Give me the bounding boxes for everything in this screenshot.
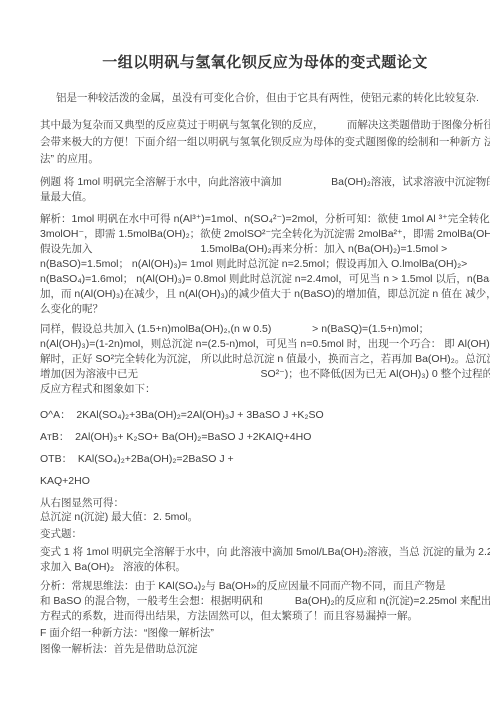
document-line: O^A： 2KAl(SO₄)₂+3Ba(OH)₂=2Al(OH)₃J + 3Ba… bbox=[40, 408, 490, 422]
block-variant: 变式 1 将 1mol 明矾完全溶解于水中，向 此溶液中滴加 5mol/LBa(… bbox=[40, 545, 490, 575]
document-line: 会带来极大的方便！下面介绍一组以明矾与氢氧化钡反应为母体的变式题图像的绘制和一种… bbox=[40, 134, 490, 151]
block-title: 一组以明矾与氢氧化钡反应为母体的变式题论文 bbox=[40, 54, 490, 72]
block-same: 同样，假设总共加入 (1.5+n)molBa(OH)₂,(n w 0.5) > … bbox=[40, 322, 490, 397]
block-variant-head: 变式题： bbox=[40, 527, 490, 542]
block-intro: 铝是一种较活泼的金属，虽没有可变化合价，但由于它具有两性，使铝元素的转化比较复杂… bbox=[40, 91, 490, 106]
document-line: n(BaSO₄)=1.6mol； n(Al(OH)₃)= 0.8mol 则此时总… bbox=[40, 272, 490, 287]
document-line: n(Al(OH)₃)=(1-2n)mol，则总沉淀 n=(2.5-n)mol，可… bbox=[40, 337, 490, 352]
document-line: 方程式的系数，进而得出结果，方法固然可以，但太繁琐了！而且容易漏掉一解。 bbox=[40, 609, 490, 624]
document-line: 和 BaSO 的混合物，一般考生会想：根据明矾和 Ba(OH)₂的反应和 n(沉… bbox=[40, 594, 490, 609]
document-line: 解时，正好 SO²完全转化为沉淀， 所以此时总沉淀 n 值最小，换而言之，若再加… bbox=[40, 352, 490, 367]
document-line: 求加入 Ba(OH)₂ 溶液的体积。 bbox=[40, 560, 490, 575]
document-line: 变式 1 将 1mol 明矾完全溶解于水中，向 此溶液中滴加 5mol/LBa(… bbox=[40, 545, 490, 560]
document-line: 变式题： bbox=[40, 527, 490, 542]
document-line: n(BaSO)=1.5mol； n(Al(OH)₃)= 1mol 则此时总沉淀 … bbox=[40, 257, 490, 272]
block-equations: O^A： 2KAl(SO₄)₂+3Ba(OH)₂=2Al(OH)₃J + 3Ba… bbox=[40, 408, 490, 488]
document-line: F 面介绍一种新方法：“图像一解析法” bbox=[40, 626, 490, 641]
document-page: 一组以明矾与氢氧化钡反应为母体的变式题论文铝是一种较活泼的金属，虽没有可变化合价… bbox=[0, 0, 500, 707]
document-line: 其中最为复杂而又典型的反应莫过于明矾与氢氧化钡的反应， 而解决这类题借助于图像分… bbox=[40, 117, 490, 134]
document-line: KAQ+2HO bbox=[40, 474, 490, 488]
document-line: 解析：1mol 明矾在水中可得 n(Al³⁺)=1mol、n(SO₄²⁻)=2m… bbox=[40, 212, 490, 227]
document-line: 法” 的应用。 bbox=[40, 151, 490, 168]
document-line: 总沉淀 n(沉淀) 最大值：2. 5mol。 bbox=[40, 510, 490, 524]
block-analysis: 解析：1mol 明矾在水中可得 n(Al³⁺)=1mol、n(SO₄²⁻)=2m… bbox=[40, 212, 490, 317]
document-line: 同样，假设总共加入 (1.5+n)molBa(OH)₂,(n w 0.5) > … bbox=[40, 322, 490, 337]
document-line: 分析：常规思维法：由于 KAl(SO₄)₂与 Ba(OH»的反应因量不同而产物不… bbox=[40, 579, 490, 594]
document-line: 假设先加入 1.5molBa(OH)₂再来分析：加入 n(Ba(OH)₂)=1.… bbox=[40, 242, 490, 257]
page-title: 一组以明矾与氢氧化钡反应为母体的变式题论文 bbox=[40, 54, 490, 72]
document-line: 3molOH⁻，即需 1.5molBa(OH)₂；欲使 2molSO²⁻完全转化… bbox=[40, 227, 490, 242]
block-conclusion: 从右图显然可得：总沉淀 n(沉淀) 最大值：2. 5mol。 bbox=[40, 496, 490, 524]
block-intro2: 其中最为复杂而又典型的反应莫过于明矾与氢氧化钡的反应， 而解决这类题借助于图像分… bbox=[40, 117, 490, 168]
block-example: 例题 将 1mol 明矾完全溶解于水中，向此溶液中滴加 Ba(OH)₂溶液，试求… bbox=[40, 175, 490, 205]
document-line: 从右图显然可得： bbox=[40, 496, 490, 510]
document-line: 增加(因为溶液中已无 SO²⁻)；也不降低(因为已无 Al(OH)₃) 0 整个… bbox=[40, 367, 490, 382]
document-line: OTB： KAl(SO₄)₂+2Ba(OH)₂=2BaSO J + bbox=[40, 452, 490, 466]
document-line: 例题 将 1mol 明矾完全溶解于水中，向此溶液中滴加 Ba(OH)₂溶液，试求… bbox=[40, 175, 490, 190]
document-line: 么变化的呢？ bbox=[40, 302, 490, 317]
document-line: 铝是一种较活泼的金属，虽没有可变化合价，但由于它具有两性，使铝元素的转化比较复杂… bbox=[40, 91, 490, 106]
document-line: 图像一解析法：首先是借助总沉淀 bbox=[40, 642, 490, 657]
block-method2: 图像一解析法：首先是借助总沉淀 bbox=[40, 642, 490, 657]
document-line: 反应方程式和图象如下： bbox=[40, 382, 490, 397]
block-analysis2: 分析：常规思维法：由于 KAl(SO₄)₂与 Ba(OH»的反应因量不同而产物不… bbox=[40, 579, 490, 624]
block-method: F 面介绍一种新方法：“图像一解析法” bbox=[40, 626, 490, 641]
document-line: AтB： 2Al(OH)₃+ K₂SO+ Ba(OH)₂=BaSO J +2KA… bbox=[40, 430, 490, 444]
document-line: 量最大值。 bbox=[40, 190, 490, 205]
document-line: 加，而 n(Al(OH)₃)在减少，且 n(Al(OH)₃)的减少值大于 n(B… bbox=[40, 287, 490, 302]
